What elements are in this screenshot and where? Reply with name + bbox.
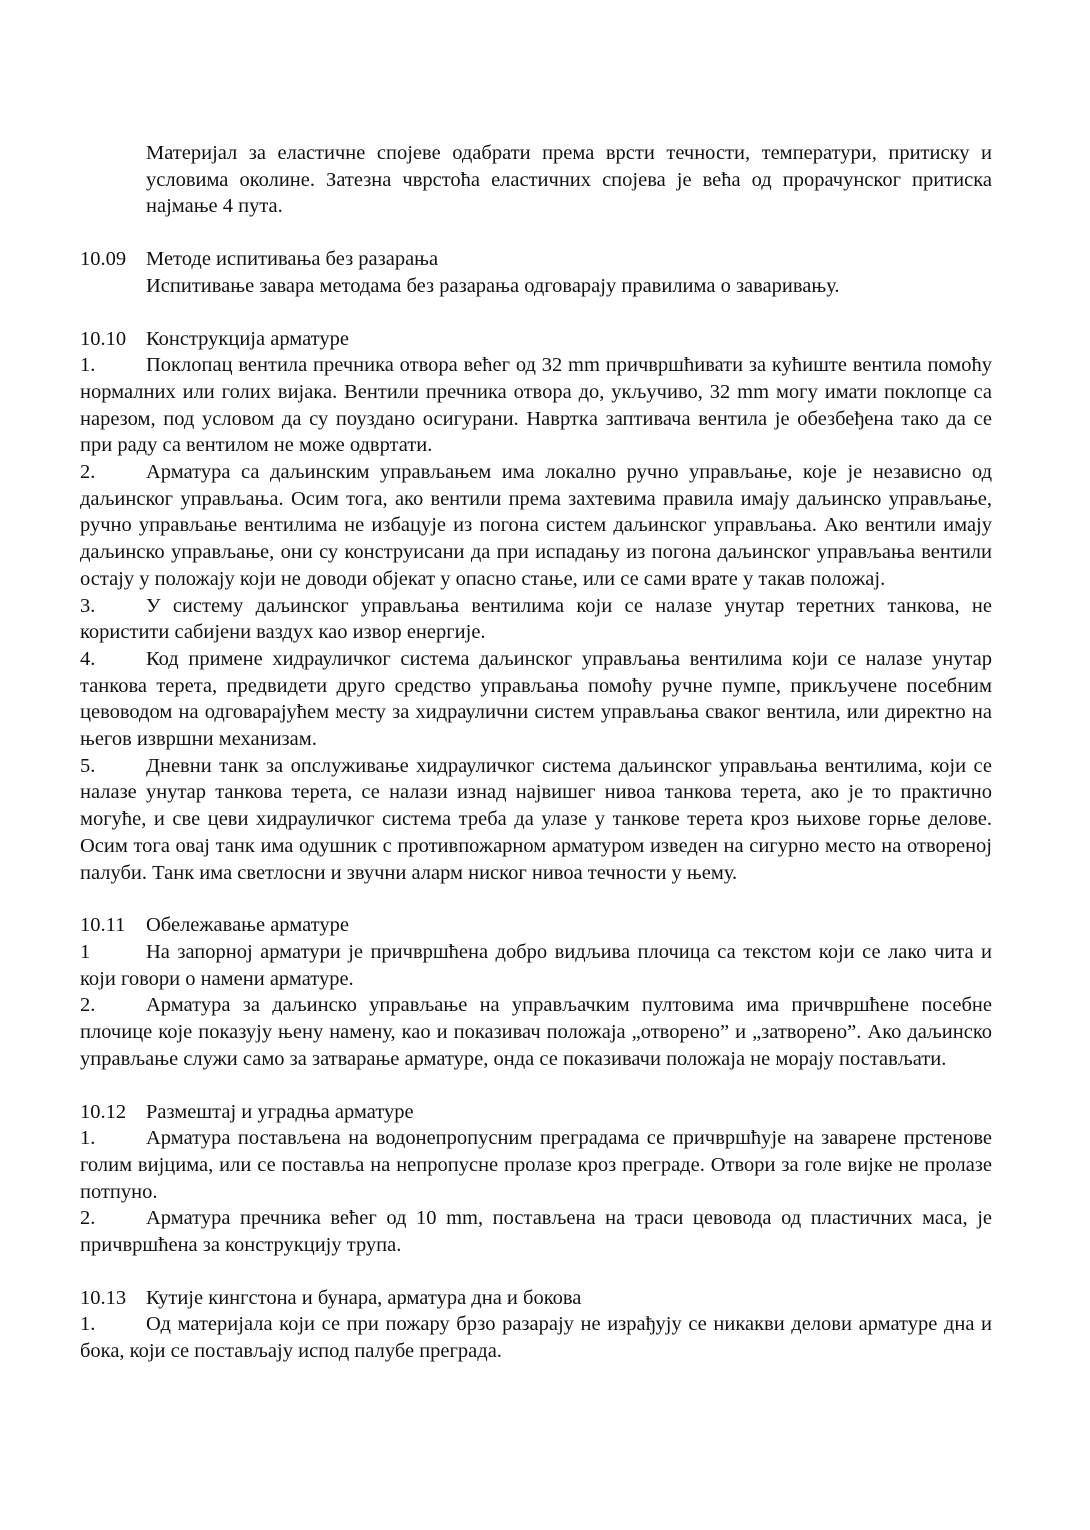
intro-paragraph: Материјал за еластичне спојеве одабрати … (80, 140, 992, 220)
section-heading: 10.12Размештај и уградња арматуре (80, 1099, 992, 1126)
item-number: 4. (80, 646, 146, 673)
item-number: 1. (80, 1311, 146, 1338)
section-title: Конструкција арматуре (146, 328, 349, 350)
spacer (80, 1259, 992, 1285)
list-item: 1.Поклопац вентила пречника отвора већег… (80, 352, 992, 459)
list-item: 2.Арматура са даљинским управљањем има л… (80, 459, 992, 593)
list-item: 5.Дневни танк за опслуживање хидрауличко… (80, 753, 992, 887)
item-text: Арматура за даљинско управљање на управљ… (80, 994, 992, 1069)
section-title: Методе испитивања без разарања (146, 248, 438, 270)
item-number: 2. (80, 1205, 146, 1232)
item-number: 3. (80, 593, 146, 620)
item-text: На запорној арматури је причвршћена добр… (80, 941, 992, 990)
item-text: Арматура постављена на водонепропусним п… (80, 1127, 992, 1202)
section-title: Кутије кингстона и бунара, арматура дна … (146, 1287, 581, 1309)
list-item: 3.У систему даљинског управљања вентилим… (80, 593, 992, 646)
spacer (80, 886, 992, 912)
item-text: Од материјала који се при пожару брзо ра… (80, 1313, 992, 1362)
section-10-09: 10.09Методе испитивања без разарања Испи… (80, 246, 992, 299)
item-text: Поклопац вентила пречника отвора већег о… (80, 354, 992, 456)
item-number: 1 (80, 939, 146, 966)
section-number: 10.12 (80, 1099, 146, 1126)
section-number: 10.09 (80, 246, 146, 273)
item-text: Код примене хидрауличког система даљинск… (80, 648, 992, 750)
item-text: Арматура пречника већег од 10 mm, постав… (80, 1207, 992, 1256)
section-body: Испитивање завара методама без разарања … (80, 273, 992, 300)
section-10-12: 10.12Размештај и уградња арматуре 1.Арма… (80, 1099, 992, 1259)
item-number: 1. (80, 352, 146, 379)
list-item: 1.Од материјала који се при пожару брзо … (80, 1311, 992, 1364)
item-number: 2. (80, 992, 146, 1019)
section-10-13: 10.13Кутије кингстона и бунара, арматура… (80, 1285, 992, 1365)
item-text: У систему даљинског управљања вентилима … (80, 595, 992, 644)
section-10-11: 10.11Обележавање арматуре 1На запорној а… (80, 912, 992, 1072)
document-page: Материјал за еластичне спојеве одабрати … (80, 140, 992, 1365)
list-item: 2.Арматура пречника већег од 10 mm, пост… (80, 1205, 992, 1258)
spacer (80, 220, 992, 246)
list-item: 1На запорној арматури је причвршћена доб… (80, 939, 992, 992)
spacer (80, 1073, 992, 1099)
item-text: Арматура са даљинским управљањем има лок… (80, 461, 992, 590)
item-number: 1. (80, 1125, 146, 1152)
section-heading: 10.09Методе испитивања без разарања (80, 246, 992, 273)
section-10-10: 10.10Конструкција арматуре 1.Поклопац ве… (80, 326, 992, 887)
section-number: 10.13 (80, 1285, 146, 1312)
item-text: Дневни танк за опслуживање хидрауличког … (80, 755, 992, 884)
section-title: Обележавање арматуре (146, 914, 349, 936)
list-item: 1.Арматура постављена на водонепропусним… (80, 1125, 992, 1205)
section-heading: 10.11Обележавање арматуре (80, 912, 992, 939)
item-number: 5. (80, 753, 146, 780)
section-heading: 10.10Конструкција арматуре (80, 326, 992, 353)
list-item: 2.Арматура за даљинско управљање на упра… (80, 992, 992, 1072)
section-number: 10.11 (80, 912, 146, 939)
section-number: 10.10 (80, 326, 146, 353)
spacer (80, 300, 992, 326)
list-item: 4.Код примене хидрауличког система даљин… (80, 646, 992, 753)
section-heading: 10.13Кутије кингстона и бунара, арматура… (80, 1285, 992, 1312)
section-title: Размештај и уградња арматуре (146, 1101, 414, 1123)
item-number: 2. (80, 459, 146, 486)
